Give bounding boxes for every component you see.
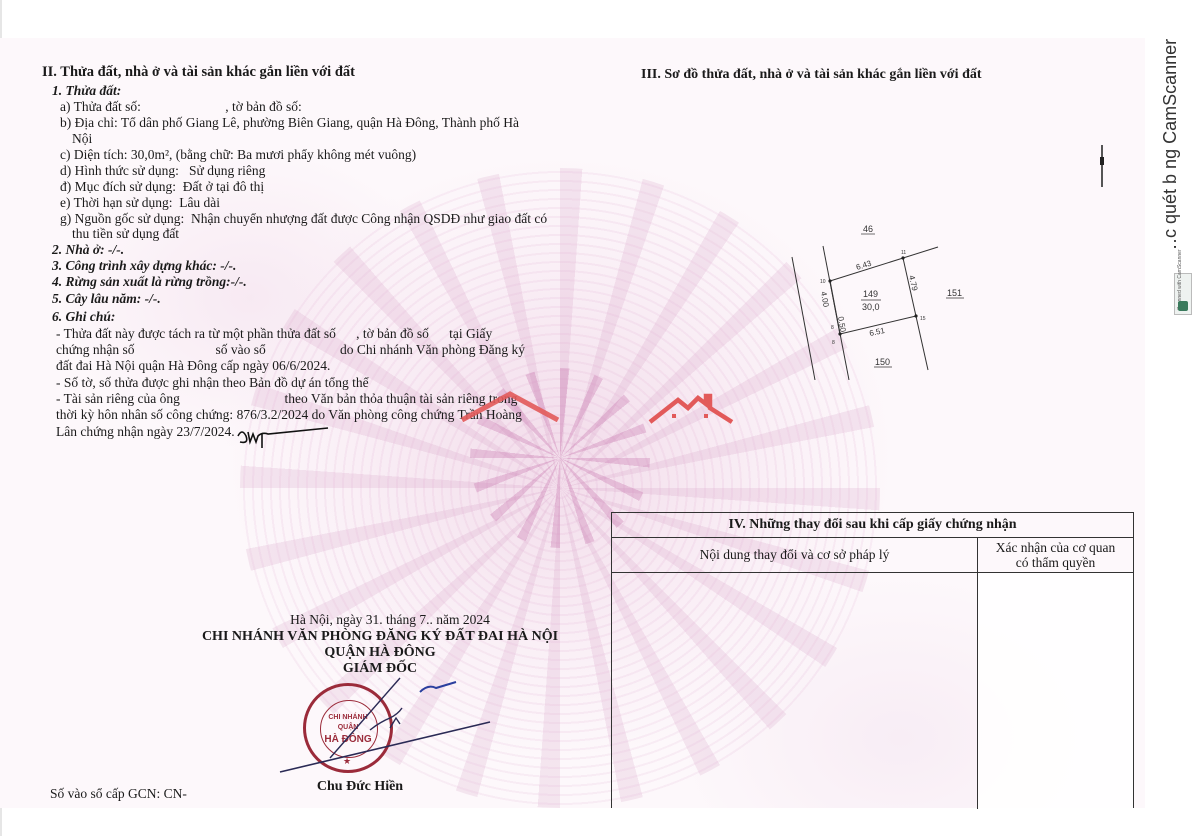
svg-text:15: 15 (920, 316, 926, 322)
edge-left-offset: 0.50 (836, 316, 848, 333)
neighbor-east-label: 151 (947, 288, 962, 298)
registry-number: Số vào sổ cấp GCN: CN- (50, 786, 187, 801)
edge-bottom-length: 6.51 (869, 326, 887, 338)
term-line: e) Thời hạn sử dụng: Lâu dài (60, 195, 220, 210)
section3-heading: III. Sơ đồ thửa đất, nhà ở và tài sản kh… (641, 67, 982, 82)
north-arrow-icon (1101, 145, 1103, 187)
parcel-area: 30,0 (862, 302, 880, 312)
signer-name: Chu Đức Hiền (290, 779, 430, 794)
changes-content-cell (612, 573, 978, 809)
changes-col-confirmation-header: Xác nhận của cơ quan có thẩm quyền (978, 538, 1133, 572)
section2-heading: II. Thửa đất, nhà ở và tài sản khác gắn … (42, 65, 355, 80)
land-heading: 1. Thửa đất: (52, 83, 121, 98)
address-line-2: Nội (72, 131, 92, 146)
notes-heading: 6. Ghi chú: (52, 309, 115, 324)
issue-date: Hà Nội, ngày 31. tháng 7.. năm 2024 (220, 612, 560, 627)
parcel-line: a) Thửa đất số: , tờ bản đồ số: (60, 99, 302, 114)
parcel-diagram: 46 151 150 149 30,0 6.43 4.79 6.51 4.00 … (770, 210, 1000, 380)
forest-line: 4. Rừng sản xuất là rừng trồng:-/-. (52, 274, 247, 289)
svg-text:8: 8 (831, 325, 834, 331)
note-line: chứng nhận số số vào sổ do Chi nhánh Văn… (56, 342, 525, 357)
origin-line-1: g) Nguồn gốc sử dụng: Nhận chuyển nhượng… (60, 211, 547, 226)
camscanner-logo-icon (1178, 301, 1188, 311)
issuing-office: CHI NHÁNH VĂN PHÒNG ĐĂNG KÝ ĐẤT ĐAI HÀ N… (170, 629, 590, 644)
official-stamp: CHI NHÁNH QUẬN HÀ ĐÔNG ★ (303, 683, 393, 773)
note-line: đất đai Hà Nội quận Hà Đông cấp ngày 06/… (56, 358, 330, 373)
address-line-1: b) Địa chỉ: Tổ dân phố Giang Lê, phường … (60, 115, 519, 130)
area-line: c) Diện tích: 30,0m², (bằng chữ: Ba mươi… (60, 147, 416, 162)
svg-text:10: 10 (820, 279, 826, 285)
house-roof-icon (648, 392, 734, 424)
house-line: 2. Nhà ở: -/-. (52, 242, 124, 257)
origin-line-2: thu tiền sử dụng đất (72, 226, 179, 241)
changes-confirmation-cell (978, 573, 1133, 809)
issuing-district: QUẬN HÀ ĐÔNG (170, 645, 590, 660)
note-line: - Thửa đất này được tách ra từ một phần … (56, 326, 492, 341)
usage-form-line: d) Hình thức sử dụng: Sử dụng riêng (60, 163, 265, 178)
perennial-line: 5. Cây lâu năm: -/-. (52, 291, 161, 306)
edge-left-length: 4.00 (819, 291, 831, 308)
edge-top-length: 6.43 (855, 259, 873, 272)
neighbor-south-label: 150 (875, 357, 890, 367)
signer-title: GIÁM ĐỐC (170, 661, 590, 676)
camscanner-caption: ‥c quét b ng CamScanner (1160, 39, 1181, 250)
neighbor-north-label: 46 (863, 224, 873, 234)
changes-col-content-header: Nội dung thay đổi và cơ sở pháp lý (612, 538, 978, 572)
svg-text:11: 11 (901, 250, 906, 256)
edge-right-length: 4.79 (907, 274, 919, 292)
purpose-line: đ) Mục đích sử dụng: Đất ở tại đô thị (60, 179, 264, 194)
other-construction-line: 3. Công trình xây dựng khác: -/-. (52, 258, 236, 273)
parcel-number: 149 (863, 289, 878, 299)
changes-table: IV. Những thay đổi sau khi cấp giấy chứn… (611, 512, 1134, 808)
house-roof-icon (460, 390, 560, 422)
camscanner-badge: Scanned with CamScanner (1174, 273, 1192, 315)
note-line: - Tài sản riêng của ông theo Văn bản thỏ… (56, 391, 517, 406)
svg-text:8: 8 (832, 340, 835, 346)
parcel-map: 46 151 150 149 30,0 6.43 4.79 6.51 4.00 … (770, 210, 1000, 380)
section4-heading: IV. Những thay đổi sau khi cấp giấy chứn… (612, 513, 1133, 538)
note-line: Lân chứng nhận ngày 23/7/2024. (56, 424, 235, 439)
note-line: thời kỳ hôn nhân số công chứng: 876/3.2/… (56, 407, 522, 422)
note-line: - Số tờ, số thửa được ghi nhận theo Bản … (56, 375, 369, 390)
